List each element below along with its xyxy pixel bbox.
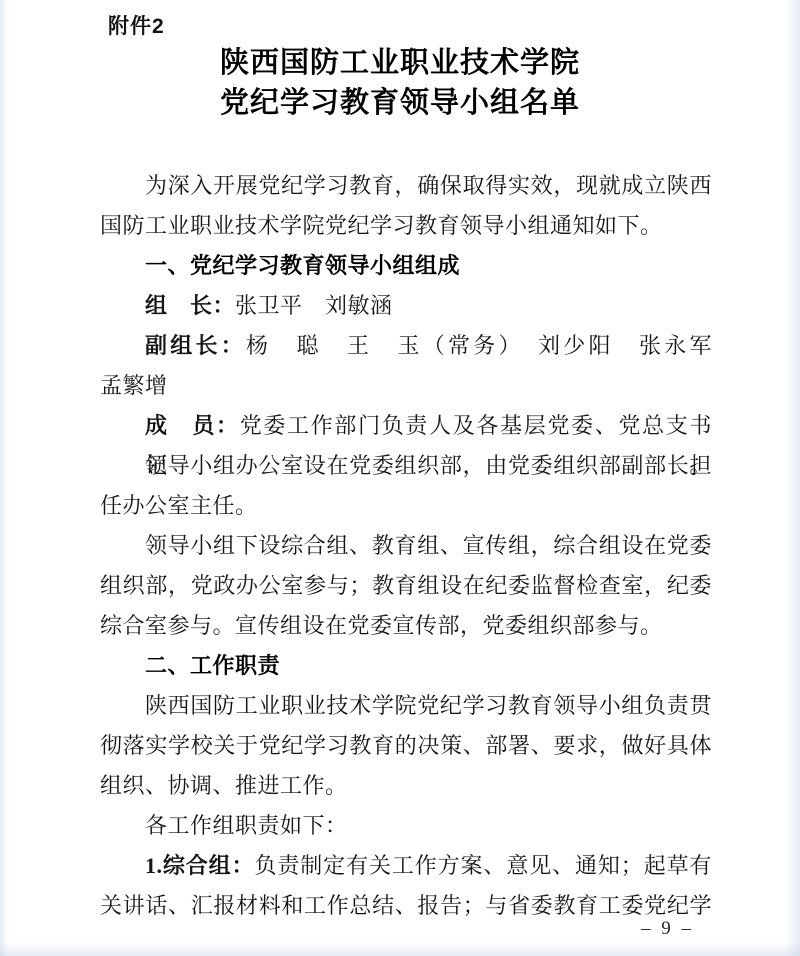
- deputy-overflow-line: 孟繁增: [100, 366, 712, 406]
- office-line-1: 领导小组办公室设在党委组织部，由党委组织部副部长担: [100, 446, 712, 486]
- member-line: 成 员：党委工作部门负责人及各基层党委、党总支书记。: [100, 406, 712, 446]
- scan-edge-right: [786, 0, 800, 956]
- group1-line-2: 关讲话、汇报材料和工作总结、报告；与省委教育工委党纪学: [100, 886, 712, 926]
- deputy-names: 杨 聪 王 玉（常务） 刘少阳 张永军: [246, 333, 712, 358]
- page-number: – 9 –: [641, 918, 694, 940]
- document-body: 为深入开展党纪学习教育，确保取得实效，现就成立陕西 国防工业职业技术学院党纪学习…: [100, 166, 712, 926]
- group1-line-1: 1.综合组：负责制定有关工作方案、意见、通知；起草有: [100, 846, 712, 886]
- office-line-2: 任办公室主任。: [100, 486, 712, 526]
- intro-line-2: 国防工业职业技术学院党纪学习教育领导小组通知如下。: [100, 206, 712, 246]
- duty-line-2: 彻落实学校关于党纪学习教育的决策、部署、要求，做好具体: [100, 726, 712, 766]
- deputy-line: 副组长：杨 聪 王 玉（常务） 刘少阳 张永军: [100, 326, 712, 366]
- groups-line-3: 综合室参与。宣传组设在党委宣传部，党委组织部参与。: [100, 606, 712, 646]
- intro-line-1: 为深入开展党纪学习教育，确保取得实效，现就成立陕西: [100, 166, 712, 206]
- doc-title-line-2: 党纪学习教育领导小组名单: [0, 80, 800, 121]
- document-page: 附件2 陕西国防工业职业技术学院 党纪学习教育领导小组名单 为深入开展党纪学习教…: [0, 0, 800, 956]
- duty-line-3: 组织、协调、推进工作。: [100, 766, 712, 806]
- duty-intro-line: 各工作组职责如下：: [100, 806, 712, 846]
- leader-names: 张卫平 刘敏涵: [235, 293, 393, 318]
- groups-line-2: 组织部，党政办公室参与；教育组设在纪委监督检查室，纪委: [100, 566, 712, 606]
- scan-edge-bottom: [0, 942, 800, 956]
- duty-line-1: 陕西国防工业职业技术学院党纪学习教育领导小组负责贯: [100, 686, 712, 726]
- group1-label: 1.综合组：: [145, 853, 254, 878]
- groups-line-1: 领导小组下设综合组、教育组、宣传组，综合组设在党委: [100, 526, 712, 566]
- section-1-heading: 一、党纪学习教育领导小组组成: [100, 246, 712, 286]
- deputy-label: 副组长：: [145, 333, 246, 358]
- doc-title-line-1: 陕西国防工业职业技术学院: [0, 40, 800, 81]
- member-label: 成 员：: [145, 413, 240, 438]
- scan-edge-left: [0, 0, 8, 956]
- leader-line: 组 长：张卫平 刘敏涵: [100, 286, 712, 326]
- attachment-label: 附件2: [108, 10, 165, 40]
- section-2-heading: 二、工作职责: [100, 646, 712, 686]
- leader-label: 组 长：: [145, 293, 235, 318]
- group1-text: 负责制定有关工作方案、意见、通知；起草有: [254, 853, 712, 878]
